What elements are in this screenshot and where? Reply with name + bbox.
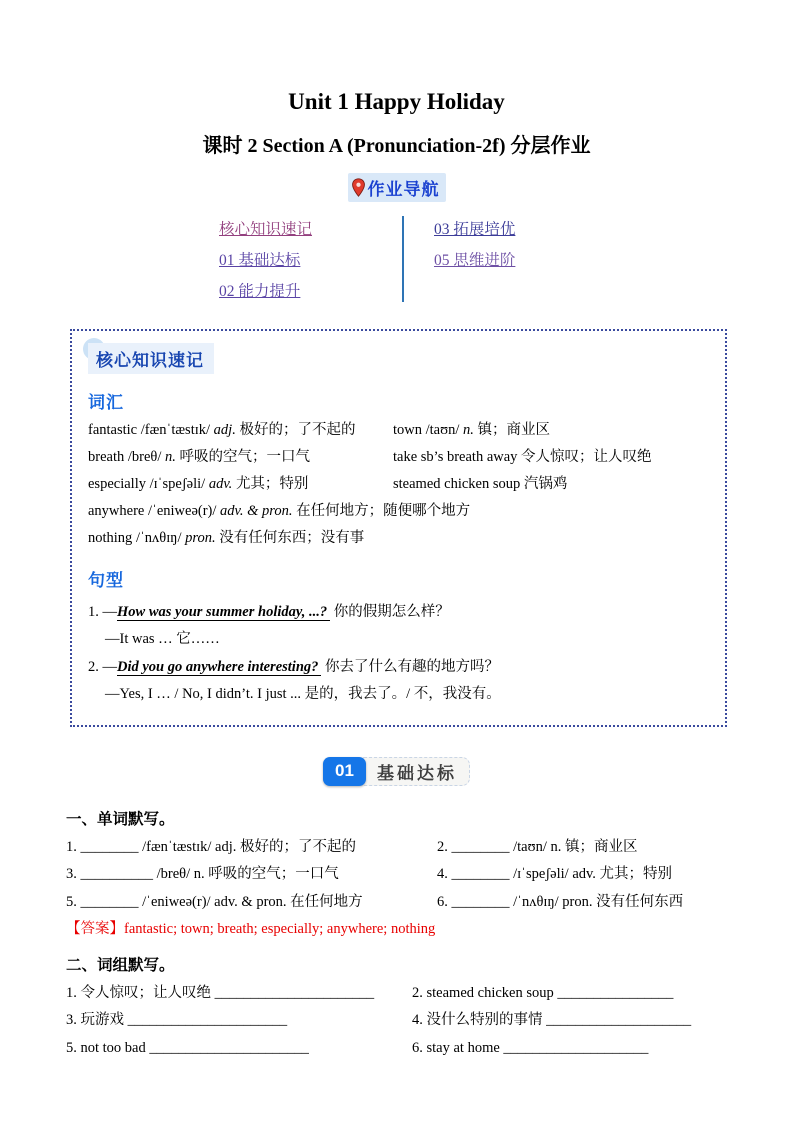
exercise-2-item-2: 2. steamed chicken soup ________________ [412, 980, 737, 1008]
vocab-en: breath [88, 449, 124, 465]
vocab-phon: /ˈeniweə(r)/ [144, 503, 216, 519]
vocab-phon: /ˈnʌθɪŋ/ [132, 530, 181, 546]
nav-link-03-expand-label[interactable]: 03 拓展培优 [434, 221, 515, 238]
nav-link-02-ability-label[interactable]: 02 能力提升 [219, 283, 300, 300]
nav-link-core-knowledge[interactable]: 核心知识速记 [219, 214, 384, 245]
answer-label: 【答案】 [66, 921, 124, 937]
sentence-zh: 你去了什么有趣的地方吗？ [321, 659, 499, 675]
sentence-num: 1. — [88, 604, 117, 620]
exercise-2-row: 3. 玩游戏 ______________________ 4. 没什么特别的事… [66, 1007, 737, 1035]
vocab-entry-nothing: nothing /ˈnʌθɪŋ/ pron. 没有任何东西；没有事 [88, 525, 711, 552]
page-title: Unit 1 Happy Holiday [0, 0, 793, 117]
nav-link-core-knowledge-label[interactable]: 核心知识速记 [219, 221, 312, 238]
nav-link-01-basics-label[interactable]: 01 基础达标 [219, 252, 300, 269]
answer-text: fantastic; town; breath; especially; any… [124, 921, 435, 937]
nav-link-02-ability[interactable]: 02 能力提升 [219, 276, 384, 307]
nav-link-01-basics[interactable]: 01 基础达标 [219, 245, 384, 276]
vocab-entry-town: town /taʊn/ n. 镇；商业区 [393, 417, 711, 444]
section-badge-row: 01 基础达标 [0, 757, 793, 786]
vocab-row: anywhere /ˈeniweə(r)/ adv. & pron. 在任何地方… [88, 498, 711, 525]
vocab-row: breath /breθ/ n. 呼吸的空气；一口气 take sb’s bre… [88, 444, 711, 471]
exercise-2-phrase-dictation: 二、词组默写。 1. 令人惊叹；让人叹绝 ___________________… [66, 952, 737, 1063]
section-badge-number: 01 [323, 757, 366, 786]
vocab-list: fantastic /fænˈtæstɪk/ adj. 极好的；了不起的 tow… [88, 417, 711, 552]
section-badge-label: 基础达标 [356, 757, 470, 786]
sentence-question-2: 2. —Did you go anywhere interesting? 你去了… [88, 654, 711, 682]
vocab-en: especially [88, 476, 146, 492]
vocab-zh: 没有任何东西；没有事 [216, 530, 365, 546]
exercise-1-item-6: 6. ________ /ˈnʌθɪŋ/ pron. 没有任何东西 [437, 889, 737, 917]
nav-col-right: 03 拓展培优 05 思维进阶 [434, 214, 574, 307]
exercise-2-row: 5. not too bad ______________________ 6.… [66, 1035, 737, 1063]
vocab-zh: 在任何地方；随便哪个地方 [293, 503, 471, 519]
exercise-2-row: 1. 令人惊叹；让人叹绝 ______________________ 2. s… [66, 980, 737, 1008]
vocab-en: take sb’s breath away [393, 449, 517, 465]
exercise-1-row: 1. ________ /fænˈtæstɪk/ adj. 极好的；了不起的 2… [66, 834, 737, 862]
nav-banner: 作业导航 [0, 173, 793, 202]
vocab-entry-fantastic: fantastic /fænˈtæstɪk/ adj. 极好的；了不起的 [88, 417, 393, 444]
section-01-badge: 01 基础达标 [323, 757, 470, 786]
exercise-2-heading: 二、词组默写。 [66, 952, 737, 980]
vocab-pos: adj. [210, 422, 236, 438]
vocab-entry-breath: breath /breθ/ n. 呼吸的空气；一口气 [88, 444, 393, 471]
nav-divider [402, 216, 404, 302]
vocab-zh: 尤其；特别 [232, 476, 308, 492]
vocab-phon: /taʊn/ [422, 422, 459, 438]
vocab-pos: adv. & pron. [216, 503, 292, 519]
sentence-reply-2: —Yes, I … / No, I didn’t. I just ... 是的，… [88, 681, 711, 709]
exercise-2-item-6: 6. stay at home ____________________ [412, 1035, 737, 1063]
vocab-entry-take-breath-away: take sb’s breath away 令人惊叹；让人叹绝 [393, 444, 711, 471]
exercise-2-item-1: 1. 令人惊叹；让人叹绝 ______________________ [66, 980, 412, 1008]
vocab-pos: n. [459, 422, 474, 438]
nav-banner-inner: 作业导航 [348, 173, 446, 202]
sentence-pattern-list: 1. —How was your summer holiday, ...? 你的… [88, 599, 711, 709]
sentence-en: Did you go anywhere interesting? [117, 659, 321, 676]
exercise-2-item-3: 3. 玩游戏 ______________________ [66, 1007, 412, 1035]
vocab-pos: adv. [205, 476, 232, 492]
vocab-zh: 汽锅鸡 [520, 476, 567, 492]
vocab-en: anywhere [88, 503, 144, 519]
sentence-question-1: 1. —How was your summer holiday, ...? 你的… [88, 599, 711, 627]
vocab-heading: 词汇 [88, 388, 711, 413]
vocab-en: town [393, 422, 422, 438]
exercise-1-item-5: 5. ________ /ˈeniweə(r)/ adv. & pron. 在任… [66, 889, 437, 917]
sentence-en: How was your summer holiday, ...? [117, 604, 330, 621]
vocab-phon: /fænˈtæstɪk/ [137, 422, 210, 438]
sentence-zh: 你的假期怎么样？ [330, 604, 450, 620]
exercise-1-heading: 一、单词默写。 [66, 806, 737, 834]
exercise-1-item-4: 4. ________ /ɪˈspeʃəli/ adv. 尤其；特别 [437, 861, 737, 889]
nav-col-left: 核心知识速记 01 基础达标 02 能力提升 [219, 214, 384, 307]
vocab-row: fantastic /fænˈtæstɪk/ adj. 极好的；了不起的 tow… [88, 417, 711, 444]
location-pin-icon [351, 178, 366, 197]
vocab-entry-steamed-chicken-soup: steamed chicken soup 汽锅鸡 [393, 471, 711, 498]
exercise-1-row: 3. __________ /breθ/ n. 呼吸的空气；一口气 4. ___… [66, 861, 737, 889]
vocab-row: especially /ɪˈspeʃəli/ adv. 尤其；特别 steame… [88, 471, 711, 498]
sentence-reply-1: —It was … 它…… [88, 626, 711, 654]
sentence-pattern-heading: 句型 [88, 566, 711, 591]
vocab-entry-anywhere: anywhere /ˈeniweə(r)/ adv. & pron. 在任何地方… [88, 498, 711, 525]
core-knowledge-heading-label: 核心知识速记 [88, 343, 214, 374]
exercise-1-answer: 【答案】fantastic; town; breath; especially;… [66, 916, 737, 944]
vocab-zh: 极好的；了不起的 [236, 422, 356, 438]
exercise-2-item-5: 5. not too bad ______________________ [66, 1035, 412, 1063]
vocab-zh: 呼吸的空气；一口气 [176, 449, 310, 465]
exercise-1-item-3: 3. __________ /breθ/ n. 呼吸的空气；一口气 [66, 861, 437, 889]
vocab-pos: n. [161, 449, 176, 465]
vocab-entry-especially: especially /ɪˈspeʃəli/ adv. 尤其；特别 [88, 471, 393, 498]
vocab-phon: /breθ/ [124, 449, 161, 465]
exercise-1-word-dictation: 一、单词默写。 1. ________ /fænˈtæstɪk/ adj. 极好… [66, 806, 737, 944]
vocab-row: nothing /ˈnʌθɪŋ/ pron. 没有任何东西；没有事 [88, 525, 711, 552]
vocab-pos: pron. [181, 530, 215, 546]
sentence-num: 2. — [88, 659, 117, 675]
nav-link-05-thinking[interactable]: 05 思维进阶 [434, 245, 574, 276]
vocab-zh: 镇；商业区 [474, 422, 550, 438]
nav-banner-label: 作业导航 [368, 175, 440, 200]
exercise-1-row: 5. ________ /ˈeniweə(r)/ adv. & pron. 在任… [66, 889, 737, 917]
vocab-en: steamed chicken soup [393, 476, 520, 492]
nav-links: 核心知识速记 01 基础达标 02 能力提升 03 拓展培优 05 思维进阶 [0, 214, 793, 307]
page-subtitle: 课时 2 Section A (Pronunciation-2f) 分层作业 [0, 129, 793, 158]
vocab-en: fantastic [88, 422, 137, 438]
nav-link-05-thinking-label[interactable]: 05 思维进阶 [434, 252, 515, 269]
vocab-zh: 令人惊叹；让人叹绝 [517, 449, 651, 465]
exercise-1-item-1: 1. ________ /fænˈtæstɪk/ adj. 极好的；了不起的 [66, 834, 437, 862]
vocab-phon: /ɪˈspeʃəli/ [146, 476, 205, 492]
core-knowledge-heading: 核心知识速记 [88, 343, 214, 374]
vocab-en: nothing [88, 530, 132, 546]
core-knowledge-box: 核心知识速记 词汇 fantastic /fænˈtæstɪk/ adj. 极好… [70, 329, 727, 727]
exercise-2-item-4: 4. 没什么特别的事情 ____________________ [412, 1007, 737, 1035]
nav-link-03-expand[interactable]: 03 拓展培优 [434, 214, 574, 245]
exercise-1-item-2: 2. ________ /taʊn/ n. 镇；商业区 [437, 834, 737, 862]
